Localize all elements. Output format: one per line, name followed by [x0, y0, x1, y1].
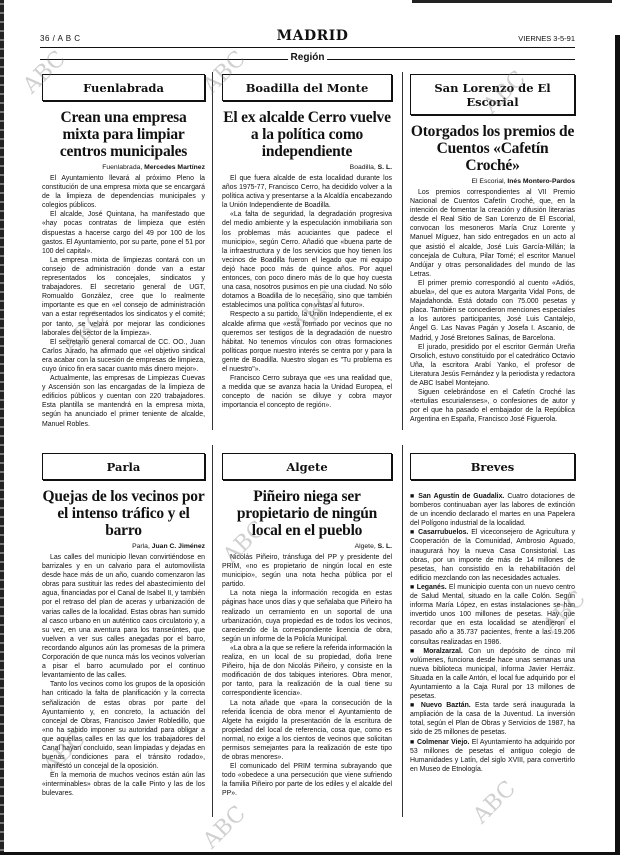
- page-title: MADRID: [40, 28, 585, 44]
- article-byline: Boadilla, S. L.: [222, 164, 392, 171]
- paragraph: Las calles del municipio llevan convirti…: [42, 553, 205, 680]
- byline-author: S. L.: [378, 543, 392, 550]
- column-divider: [402, 72, 403, 430]
- article-kicker: Boadilla del Monte: [222, 74, 392, 101]
- paragraph: El que fuera alcalde de esta localidad d…: [222, 174, 392, 210]
- article-algete: Algete Piñeiro niega ser propietario de …: [222, 453, 392, 799]
- column-divider: [402, 445, 403, 817]
- page-scan-left-edge: [0, 0, 4, 855]
- watermark: ABC: [198, 801, 251, 854]
- paragraph: El jurado, presidido por el escritor Ger…: [410, 343, 575, 388]
- section-bar: Región: [40, 53, 575, 65]
- byline-author: Inés Montero-Pardos: [507, 178, 575, 185]
- paragraph: La empresa mixta de limpiezas contará co…: [42, 256, 205, 338]
- article-headline: Piñeiro niega ser propietario de ningún …: [222, 488, 392, 539]
- breve-item: ■ Casarrubuelos. El viceconsejero de Agr…: [410, 528, 575, 583]
- paragraph: Respecto a su partido, la Unión Independ…: [222, 310, 392, 374]
- paragraph: Los premios correspondientes al VII Prem…: [410, 188, 575, 279]
- article-boadilla: Boadilla del Monte El ex alcalde Cerro v…: [222, 74, 392, 410]
- paragraph: Francisco Cerro subraya que «es una real…: [222, 374, 392, 410]
- article-headline: El ex alcalde Cerro vuelve a la política…: [222, 109, 392, 160]
- paragraph: Actualmente, las empresas de Limpiezas C…: [42, 374, 205, 429]
- article-parla: Parla Quejas de los vecinos por el inten…: [42, 453, 205, 799]
- article-kicker: San Lorenzo de El Escorial: [410, 74, 575, 115]
- article-fuenlabrada: Fuenlabrada Crean una empresa mixta para…: [42, 74, 205, 429]
- paragraph: El comunicado del PRIM termina subrayand…: [222, 762, 392, 798]
- article-body: Los premios correspondientes al VII Prem…: [410, 188, 575, 424]
- page-header: 36 / A B C MADRID VIERNES 3-5-91: [40, 30, 585, 46]
- section-label: Región: [288, 52, 328, 63]
- column-divider: [212, 445, 213, 817]
- byline-author: S. L.: [378, 164, 392, 171]
- page-scan-top-edge: [412, 0, 612, 3]
- watermark: ABC: [468, 776, 521, 829]
- bullet-icon: ■: [410, 584, 417, 591]
- paragraph: Siguen celebrándose en el Cafetín Croché…: [410, 388, 575, 424]
- article-body: El que fuera alcalde de esta localidad d…: [222, 174, 392, 410]
- article-byline: El Escorial, Inés Montero-Pardos: [410, 178, 575, 185]
- bullet-icon: ■: [410, 702, 421, 709]
- breve-item: ■ Leganés. El municipio cuenta con un nu…: [410, 583, 575, 647]
- page-date: VIERNES 3-5-91: [518, 34, 575, 43]
- header-rule: [40, 47, 575, 48]
- paragraph: El primer premio correspondió al cuento …: [410, 279, 575, 343]
- article-body: El Ayuntamiento llevará al próximo Pleno…: [42, 174, 205, 429]
- breve-item: ■ Moralzarzal. Con un depósito de cinco …: [410, 647, 575, 702]
- paragraph: El secretario general comarcal de CC. OO…: [42, 338, 205, 374]
- bullet-icon: ■: [410, 739, 417, 746]
- article-kicker: Breves: [410, 453, 575, 480]
- breve-item: ■ San Agustín de Guadalix. Cuatro dotaci…: [410, 492, 575, 528]
- bullet-icon: ■: [410, 493, 418, 500]
- article-headline: Quejas de los vecinos por el intenso trá…: [42, 488, 205, 539]
- article-headline: Crean una empresa mixta para limpiar cen…: [42, 109, 205, 160]
- page-scan-right-edge: [615, 35, 620, 855]
- paragraph: «La falta de seguridad, la degradación p…: [222, 210, 392, 310]
- breves-list: ■ San Agustín de Guadalix. Cuatro dotaci…: [410, 492, 575, 774]
- paragraph: El Ayuntamiento llevará al próximo Pleno…: [42, 174, 205, 210]
- article-kicker: Fuenlabrada: [42, 74, 205, 101]
- byline-author: Juan C. Jiménez: [152, 543, 205, 550]
- article-byline: Parla, Juan C. Jiménez: [42, 543, 205, 550]
- article-breves: Breves ■ San Agustín de Guadalix. Cuatro…: [410, 453, 575, 774]
- article-kicker: Algete: [222, 453, 392, 480]
- article-body: Las calles del municipio llevan convirti…: [42, 553, 205, 799]
- article-byline: Fuenlabrada, Mercedes Martínez: [42, 164, 205, 171]
- byline-author: Mercedes Martínez: [144, 164, 205, 171]
- breve-item: ■ Nuevo Baztán. Esta tarde será inaugura…: [410, 701, 575, 737]
- column-divider: [212, 72, 213, 430]
- article-byline: Algete, S. L.: [222, 543, 392, 550]
- paragraph: En la memoria de muchos vecinos están aú…: [42, 771, 205, 798]
- article-el-escorial: San Lorenzo de El Escorial Otorgados los…: [410, 74, 575, 424]
- article-headline: Otorgados los premios de Cuentos «Cafetí…: [410, 123, 575, 174]
- paragraph: El alcalde, José Quintana, ha manifestad…: [42, 210, 205, 255]
- paragraph: La nota niega la información recogida en…: [222, 589, 392, 644]
- article-kicker: Parla: [42, 453, 205, 480]
- paragraph: La nota añade que «para la consecución d…: [222, 699, 392, 763]
- paragraph: Tanto los vecinos como los grupos de la …: [42, 680, 205, 771]
- article-body: Nicolás Piñeiro, tránsfuga del PP y pres…: [222, 553, 392, 799]
- bullet-icon: ■: [410, 529, 418, 536]
- breve-item: ■ Colmenar Viejo. El Ayuntamiento ha adq…: [410, 738, 575, 774]
- paragraph: «La obra a la que se refiere la referida…: [222, 644, 392, 699]
- paragraph: Nicolás Piñeiro, tránsfuga del PP y pres…: [222, 553, 392, 589]
- bullet-icon: ■: [410, 648, 423, 655]
